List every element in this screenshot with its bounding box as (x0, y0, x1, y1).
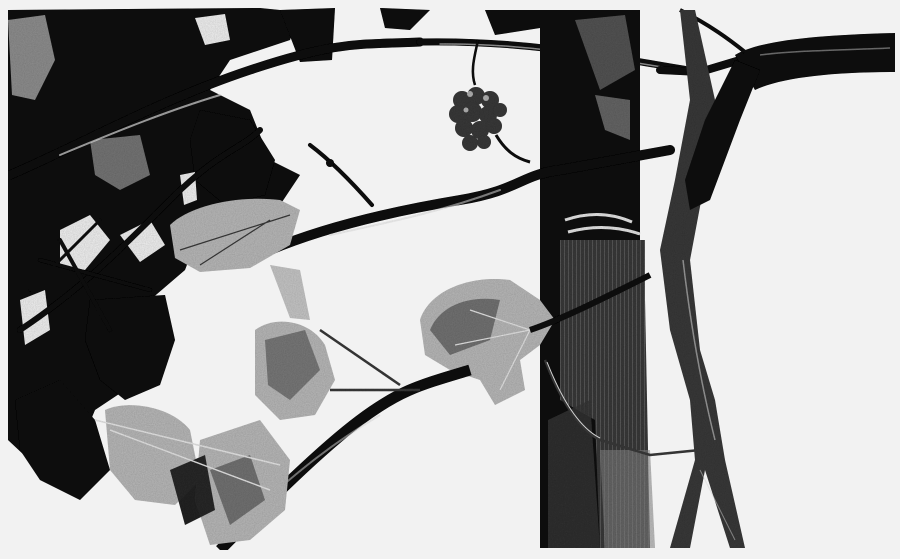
etching-artwork (0, 0, 900, 559)
